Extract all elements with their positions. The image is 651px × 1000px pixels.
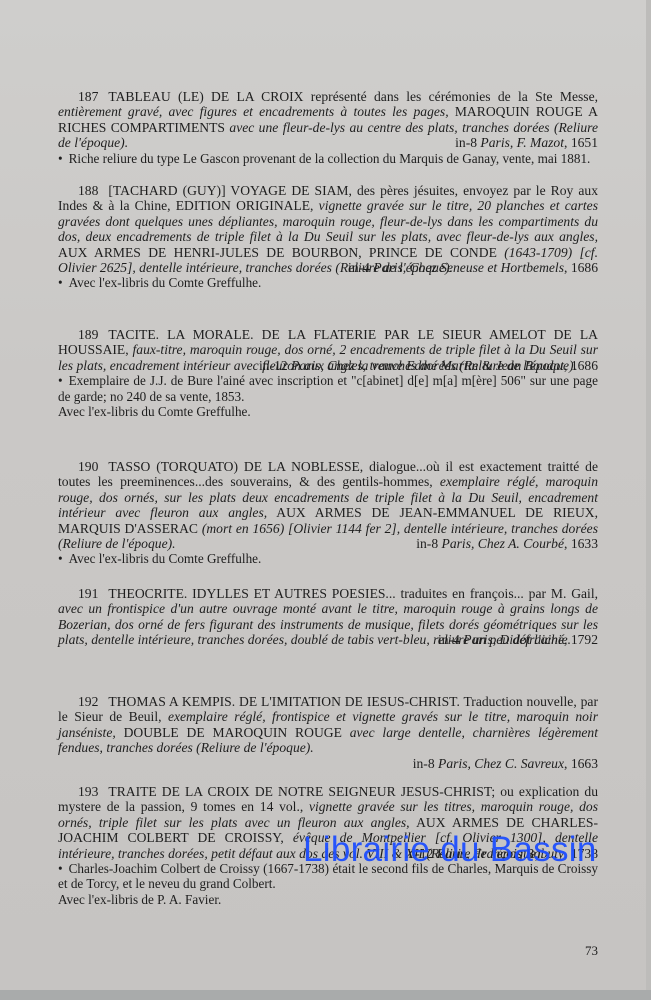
catalog-entry-188: 188[TACHARD (GUY)] VOYAGE DE SIAM, des p… xyxy=(58,183,598,291)
catalog-entry-191: 191THEOCRITE. IDYLLES ET AUTRES POESIES.… xyxy=(58,586,598,648)
entry-note: •Exemplaire de J.J. de Bure l'ainé avec … xyxy=(58,373,598,404)
catalog-entry-189: 189TACITE. LA MORALE. DE LA FLATERIE PAR… xyxy=(58,327,598,419)
entry-number: 191 xyxy=(78,586,98,601)
watermark-text: Librairie du Bassin xyxy=(303,830,597,870)
entry-number: 189 xyxy=(78,327,98,342)
background-strip xyxy=(0,990,651,1000)
entry-number: 187 xyxy=(78,89,98,104)
entry-note: •Avec l'ex-libris du Comte Greffulhe. xyxy=(58,275,598,290)
entry-title: [TACHARD (GUY)] VOYAGE DE SIAM, xyxy=(108,183,352,198)
page-edge xyxy=(646,0,651,990)
entry-note: •Riche reliure du type Le Gascon provena… xyxy=(58,151,598,166)
entry-title: THOMAS A KEMPIS. DE L'IMITATION DE IESUS… xyxy=(108,694,459,709)
entry-number: 192 xyxy=(78,694,98,709)
entry-note: Avec l'ex-libris du Comte Greffulhe. xyxy=(58,404,598,419)
catalog-entry-192: 192THOMAS A KEMPIS. DE L'IMITATION DE IE… xyxy=(58,694,598,771)
entry-title: TRAITE DE LA CROIX DE NOTRE SEIGNEUR JES… xyxy=(108,784,495,799)
entry-title: TABLEAU (LE) DE LA CROIX xyxy=(108,89,303,104)
entry-number: 193 xyxy=(78,784,98,799)
entry-title: THEOCRITE. IDYLLES ET AUTRES POESIES... xyxy=(108,586,395,601)
entry-note: Avec l'ex-libris de P. A. Favier. xyxy=(58,892,598,907)
catalog-entry-190: 190TASSO (TORQUATO) DE LA NOBLESSE, dial… xyxy=(58,459,598,567)
entry-number: 188 xyxy=(78,183,98,198)
entry-number: 190 xyxy=(78,459,98,474)
imprint: in-8 Paris, F. Mazot, 1651 xyxy=(58,135,598,150)
imprint: in-8 Paris, Chez C. Savreux, 1663 xyxy=(58,756,598,771)
entry-title: TASSO (TORQUATO) DE LA NOBLESSE, xyxy=(108,459,363,474)
catalog-entry-187: 187TABLEAU (LE) DE LA CROIX représenté d… xyxy=(58,89,598,166)
page-number: 73 xyxy=(585,943,598,959)
entry-note: •Avec l'ex-libris du Comte Greffulhe. xyxy=(58,551,598,566)
